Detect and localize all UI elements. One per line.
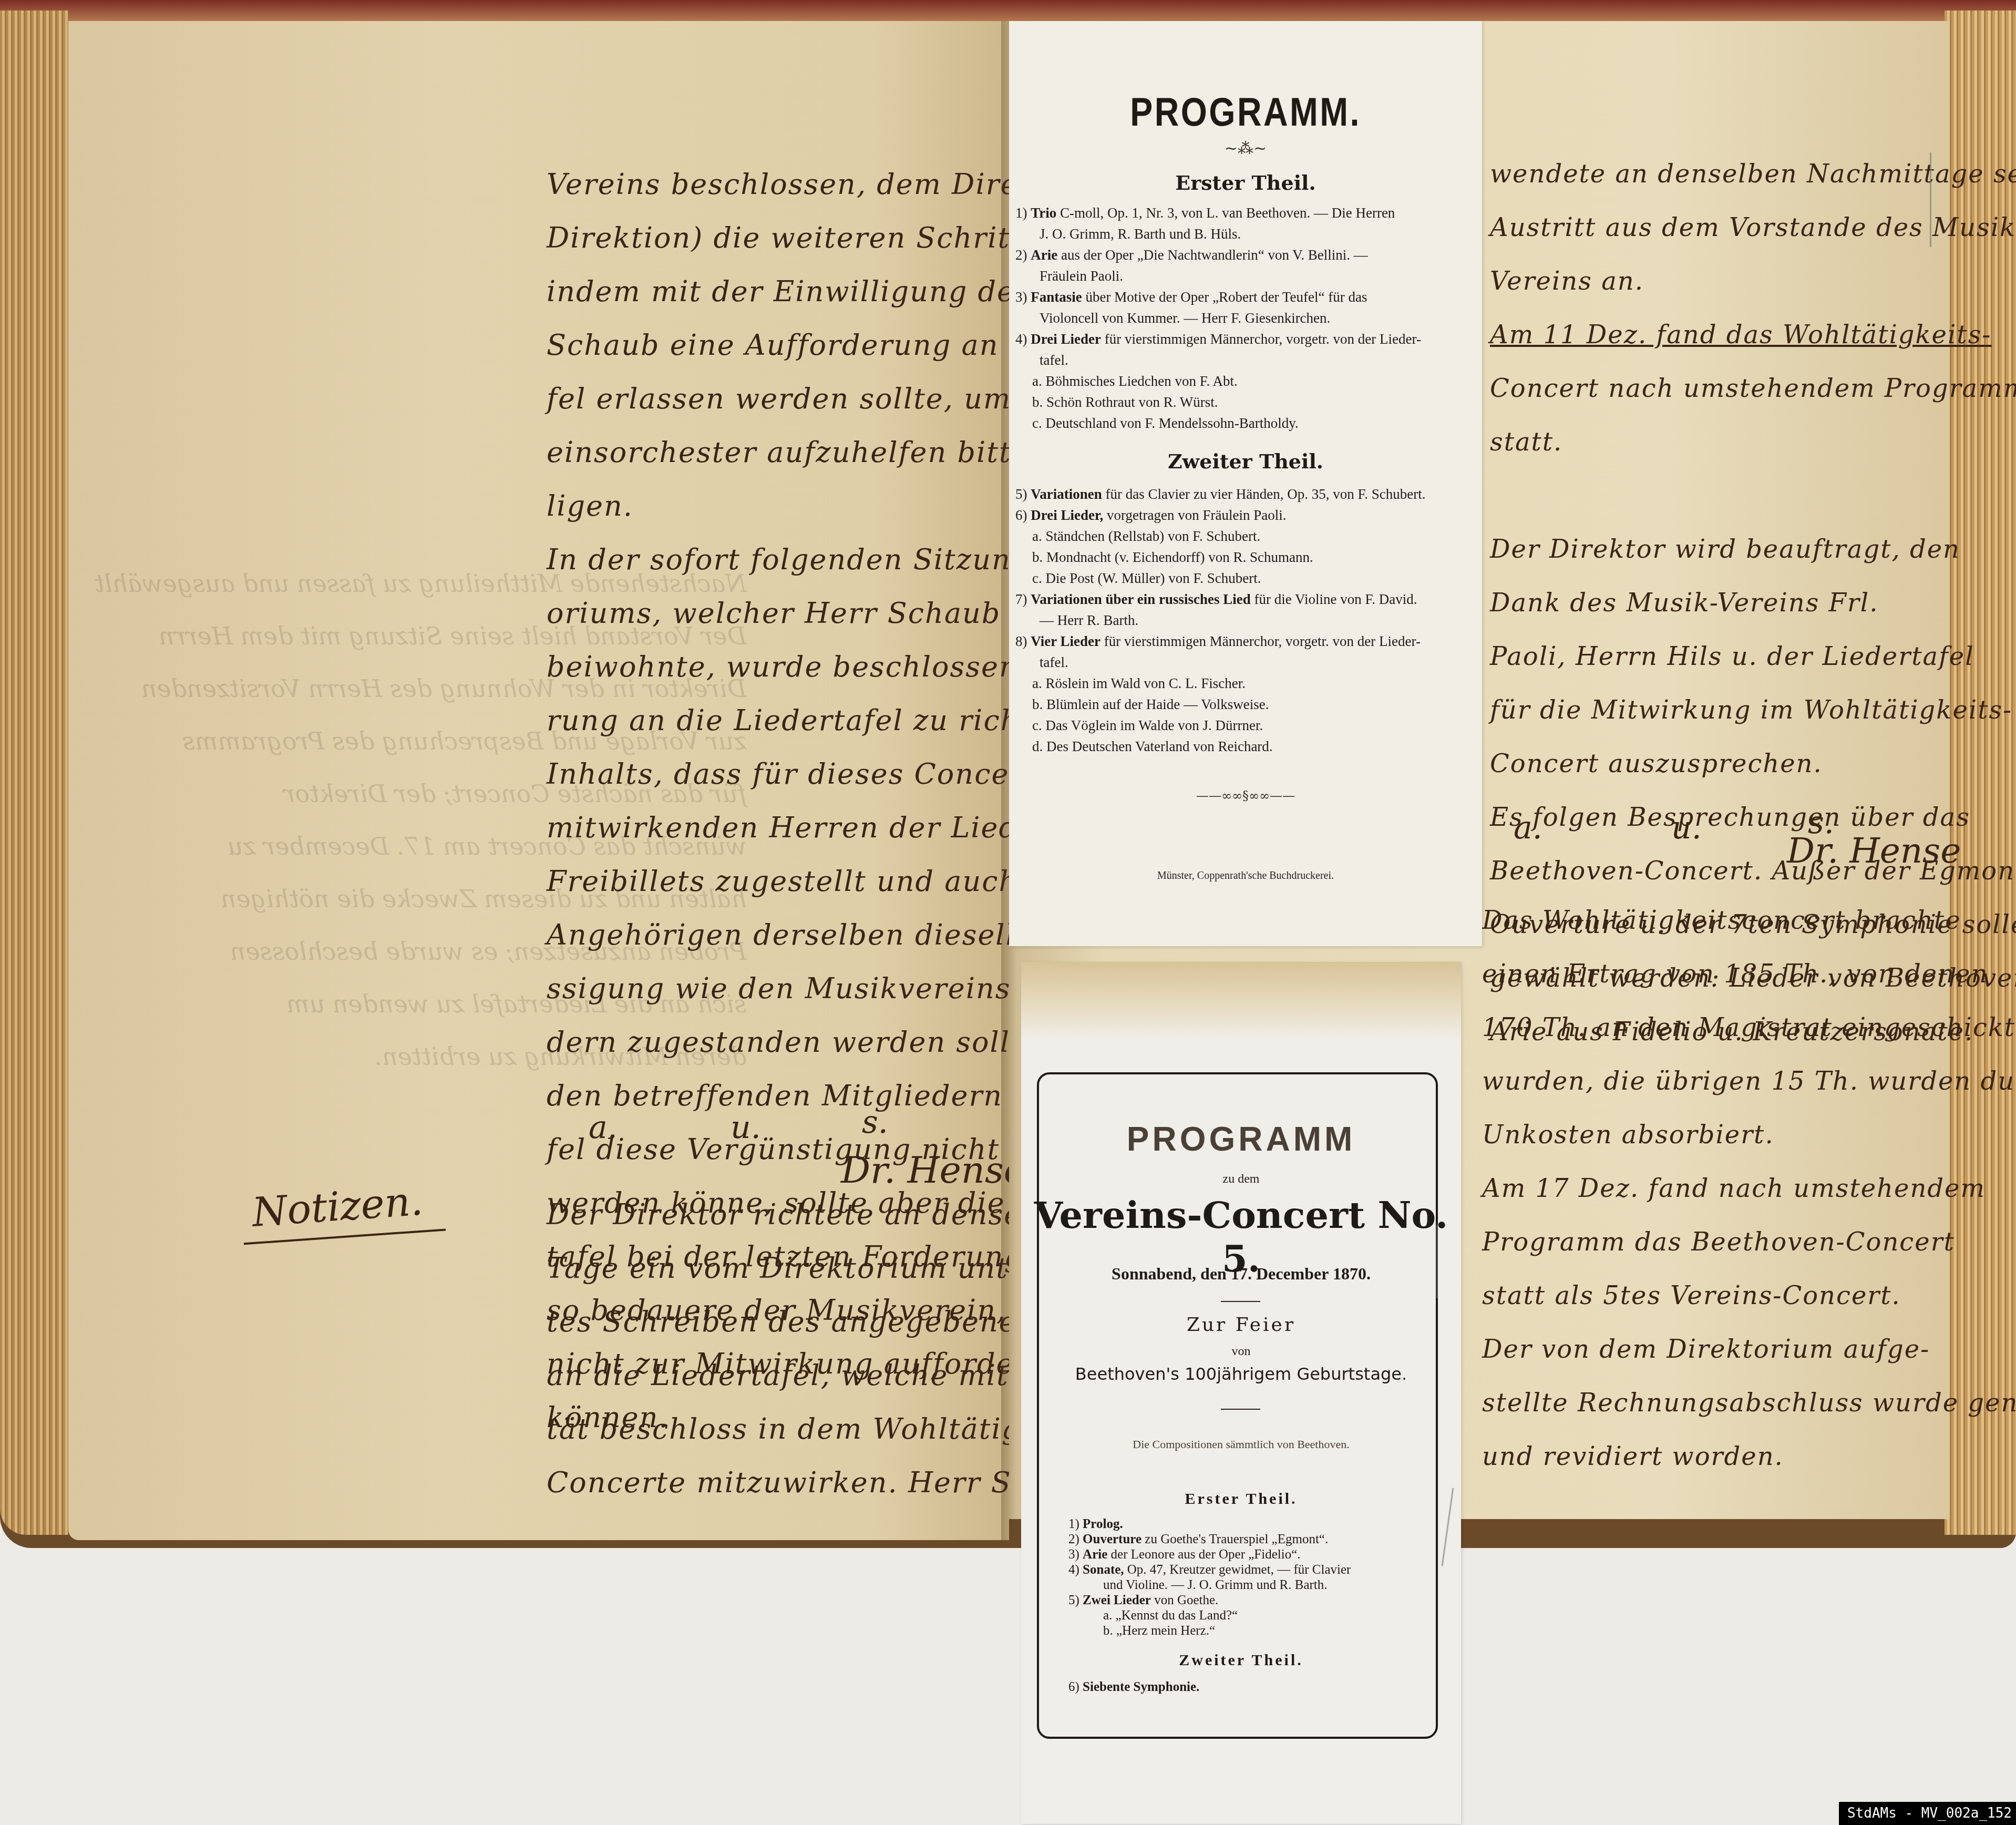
program-title: PROGRAMM xyxy=(1021,1120,1461,1158)
right-signature: Dr. Hense xyxy=(1787,831,1961,871)
book-top-edge xyxy=(0,0,2016,22)
program-list-part1: 1) Prolog. 2) Ouverture zu Goethe's Trau… xyxy=(1068,1516,1447,1638)
end-ornament-icon: ——∞∞§∞∞—— xyxy=(1009,788,1482,803)
divider xyxy=(1221,1301,1260,1302)
program-item: 7) Variationen über ein russisches Lied … xyxy=(1015,589,1478,610)
handwritten-line: Paoli, Herrn Hils u. der Liedertafel xyxy=(1490,630,2016,683)
section-heading-zweiter-theil: Zweiter Theil. xyxy=(1009,449,1482,473)
program-item-cont: und Violine. — J. O. Grimm und R. Barth. xyxy=(1068,1577,1447,1593)
handwritten-line: statt. xyxy=(1490,415,2016,469)
program-subitem: a. Röslein im Wald von C. L. Fischer. xyxy=(1015,673,1478,694)
pasted-program-beethoven-concert: PROGRAMM zu dem Vereins-Concert No. 5. S… xyxy=(1021,962,1461,1824)
program-item: 5) Zwei Lieder von Goethe. xyxy=(1068,1593,1447,1608)
program-list-part2: 6) Siebente Symphonie. xyxy=(1068,1679,1447,1695)
program-subitem: d. Des Deutschen Vaterland von Reichard. xyxy=(1015,736,1478,757)
handwritten-line: Dank des Musik-Vereins Frl. xyxy=(1490,576,2016,630)
program-zu-dem: zu dem xyxy=(1021,1172,1461,1186)
handwritten-line: Der von dem Direktorium aufge- xyxy=(1482,1322,2016,1376)
archive-watermark: StdAMs - MV_002a_152 xyxy=(1839,1802,2016,1825)
section-heading-zweiter-theil: Zweiter Theil. xyxy=(1021,1652,1461,1669)
program-item-cont: Violoncell von Kummer. — Herr F. Giesenk… xyxy=(1015,307,1478,329)
program-item: 8) Vier Lieder für vierstimmigen Männerc… xyxy=(1015,631,1478,652)
program-subitem: b. Blümlein auf der Haide — Volksweise. xyxy=(1015,694,1478,715)
handwritten-line: Programm das Beethoven-Concert xyxy=(1482,1215,2016,1269)
handwritten-line: und revidiert worden. xyxy=(1482,1430,2016,1483)
program-item: 3) Fantasie über Motive der Oper „Robert… xyxy=(1015,286,1478,307)
zur-feier-label: Zur Feier xyxy=(1021,1314,1461,1336)
handwritten-line: statt als 5tes Vereins-Concert. xyxy=(1482,1269,2016,1322)
program-subitem: c. Die Post (W. Müller) von F. Schubert. xyxy=(1015,568,1478,589)
handwritten-line: Am 17 Dez. fand nach umstehendem xyxy=(1482,1162,2016,1215)
handwritten-line: Unkosten absorbiert. xyxy=(1482,1108,2016,1162)
glue-stain xyxy=(1021,962,1461,1041)
program-item: 2) Arie aus der Oper „Die Nachtwandlerin… xyxy=(1015,244,1478,265)
left-signature: Dr. Hense xyxy=(841,1149,1025,1192)
program-item: 6) Drei Lieder, vorgetragen von Fräulein… xyxy=(1015,505,1478,526)
right-abbrev-u: u. xyxy=(1671,809,1702,846)
printer-imprint: Münster, Coppenrath'sche Buchdruckerei. xyxy=(1009,870,1482,882)
right-abbrev-a: a. xyxy=(1514,809,1542,846)
program-item: 4) Sonate, Op. 47, Kreutzer gewidmet, — … xyxy=(1068,1562,1447,1577)
program-item: 1) Trio C-moll, Op. 1, Nr. 3, von L. van… xyxy=(1015,202,1478,223)
divider xyxy=(1221,1409,1260,1410)
program-item: 3) Arie der Leonore aus der Oper „Fideli… xyxy=(1068,1547,1447,1562)
handwritten-line: Concert nach umstehendem Programm xyxy=(1490,362,2016,415)
program-item-cont: Fräulein Paoli. xyxy=(1015,265,1478,286)
left-abbrev-a: a. xyxy=(589,1109,618,1146)
handwritten-line xyxy=(1490,469,2016,522)
program-subitem: b. Schön Rothraut von R. Würst. xyxy=(1015,392,1478,413)
program-item-cont: — Herr R. Barth. xyxy=(1015,610,1478,631)
section-heading-erster-theil: Erster Theil. xyxy=(1021,1490,1461,1508)
program-subitem: c. Das Vöglein im Walde von J. Dürrner. xyxy=(1015,715,1478,736)
program-item: 6) Siebente Symphonie. xyxy=(1068,1679,1447,1695)
program-list-part1: 1) Trio C-moll, Op. 1, Nr. 3, von L. van… xyxy=(1015,202,1478,434)
program-subitem: a. Böhmisches Liedchen von F. Abt. xyxy=(1015,371,1478,392)
handwritten-line: Am 11 Dez. fand das Wohltätigkeits- xyxy=(1490,308,2016,362)
program-item: 5) Variationen für das Clavier zu vier H… xyxy=(1015,484,1478,505)
program-item: 1) Prolog. xyxy=(1068,1516,1447,1532)
pasted-program-charity-concert: PROGRAMM. ~⁂~ Erster Theil. 1) Trio C-mo… xyxy=(1009,21,1482,946)
program-subitem: b. Mondnacht (v. Eichendorff) von R. Sch… xyxy=(1015,547,1478,568)
von-label: von xyxy=(1021,1345,1461,1359)
section-heading-erster-theil: Erster Theil. xyxy=(1009,171,1482,194)
handwritten-line: Das Wohltätigkeitsconcert brachte xyxy=(1482,894,2016,947)
handwritten-line: Vereins an. xyxy=(1490,254,2016,308)
scanner-background xyxy=(0,1519,2016,1825)
program-title: PROGRAMM. xyxy=(1045,89,1447,135)
handwritten-line: Austritt aus dem Vorstande des Musik- xyxy=(1490,201,2016,254)
handwritten-line: Der Direktor wird beauftragt, den xyxy=(1490,522,2016,576)
left-abbrev-s: s. xyxy=(862,1104,888,1141)
program-subitem: b. „Herz mein Herz.“ xyxy=(1068,1623,1447,1638)
handwritten-line: 170 Th. an den Magistrat eingeschickt xyxy=(1482,1001,2016,1054)
program-subitem: c. Deutschland von F. Mendelssohn-Bartho… xyxy=(1015,413,1478,434)
handwritten-line: für die Mitwirkung im Wohltätigkeits- xyxy=(1490,683,2016,737)
handwritten-line: Concert auszusprechen. xyxy=(1490,737,2016,791)
handwritten-line: einen Ertrag von 185 Th., von denen xyxy=(1482,947,2016,1001)
program-item-cont: J. O. Grimm, R. Barth und B. Hüls. xyxy=(1015,223,1478,244)
handwritten-line: wurden, die übrigen 15 Th. wurden durch xyxy=(1482,1054,2016,1108)
concert-date: Sonnabend, den 17. December 1870. xyxy=(1021,1264,1461,1284)
ornament-icon: ~⁂~ xyxy=(1009,139,1482,158)
program-item: 2) Ouverture zu Goethe's Trauerspiel „Eg… xyxy=(1068,1532,1447,1547)
pencil-margin-mark xyxy=(1930,152,1931,247)
program-subitem: a. Ständchen (Rellstab) von F. Schubert. xyxy=(1015,526,1478,547)
program-item-cont: tafel. xyxy=(1015,652,1478,673)
left-page-stack xyxy=(0,11,68,1535)
handwritten-line: wendete an denselben Nachmittage seinen xyxy=(1490,147,2016,201)
program-item-cont: tafel. xyxy=(1015,350,1478,371)
program-subitem: a. „Kennst du das Land?“ xyxy=(1068,1608,1447,1623)
birthday-line: Beethoven's 100jährigem Geburtstage. xyxy=(1021,1364,1461,1384)
handwritten-line: stellte Rechnungsabschluss wurde genehmi… xyxy=(1482,1376,2016,1430)
pencil-margin-mark xyxy=(1436,1225,1438,1298)
right-page-handwritten-continuation: Das Wohltätigkeitsconcert brachte einen … xyxy=(1482,894,2016,1483)
left-abbrev-u: u. xyxy=(731,1109,761,1146)
program-list-part2: 5) Variationen für das Clavier zu vier H… xyxy=(1015,484,1478,757)
program-item: 4) Drei Lieder für vierstimmigen Männerc… xyxy=(1015,329,1478,350)
compositions-note: Die Compositionen sämmtlich von Beethove… xyxy=(1021,1438,1461,1451)
